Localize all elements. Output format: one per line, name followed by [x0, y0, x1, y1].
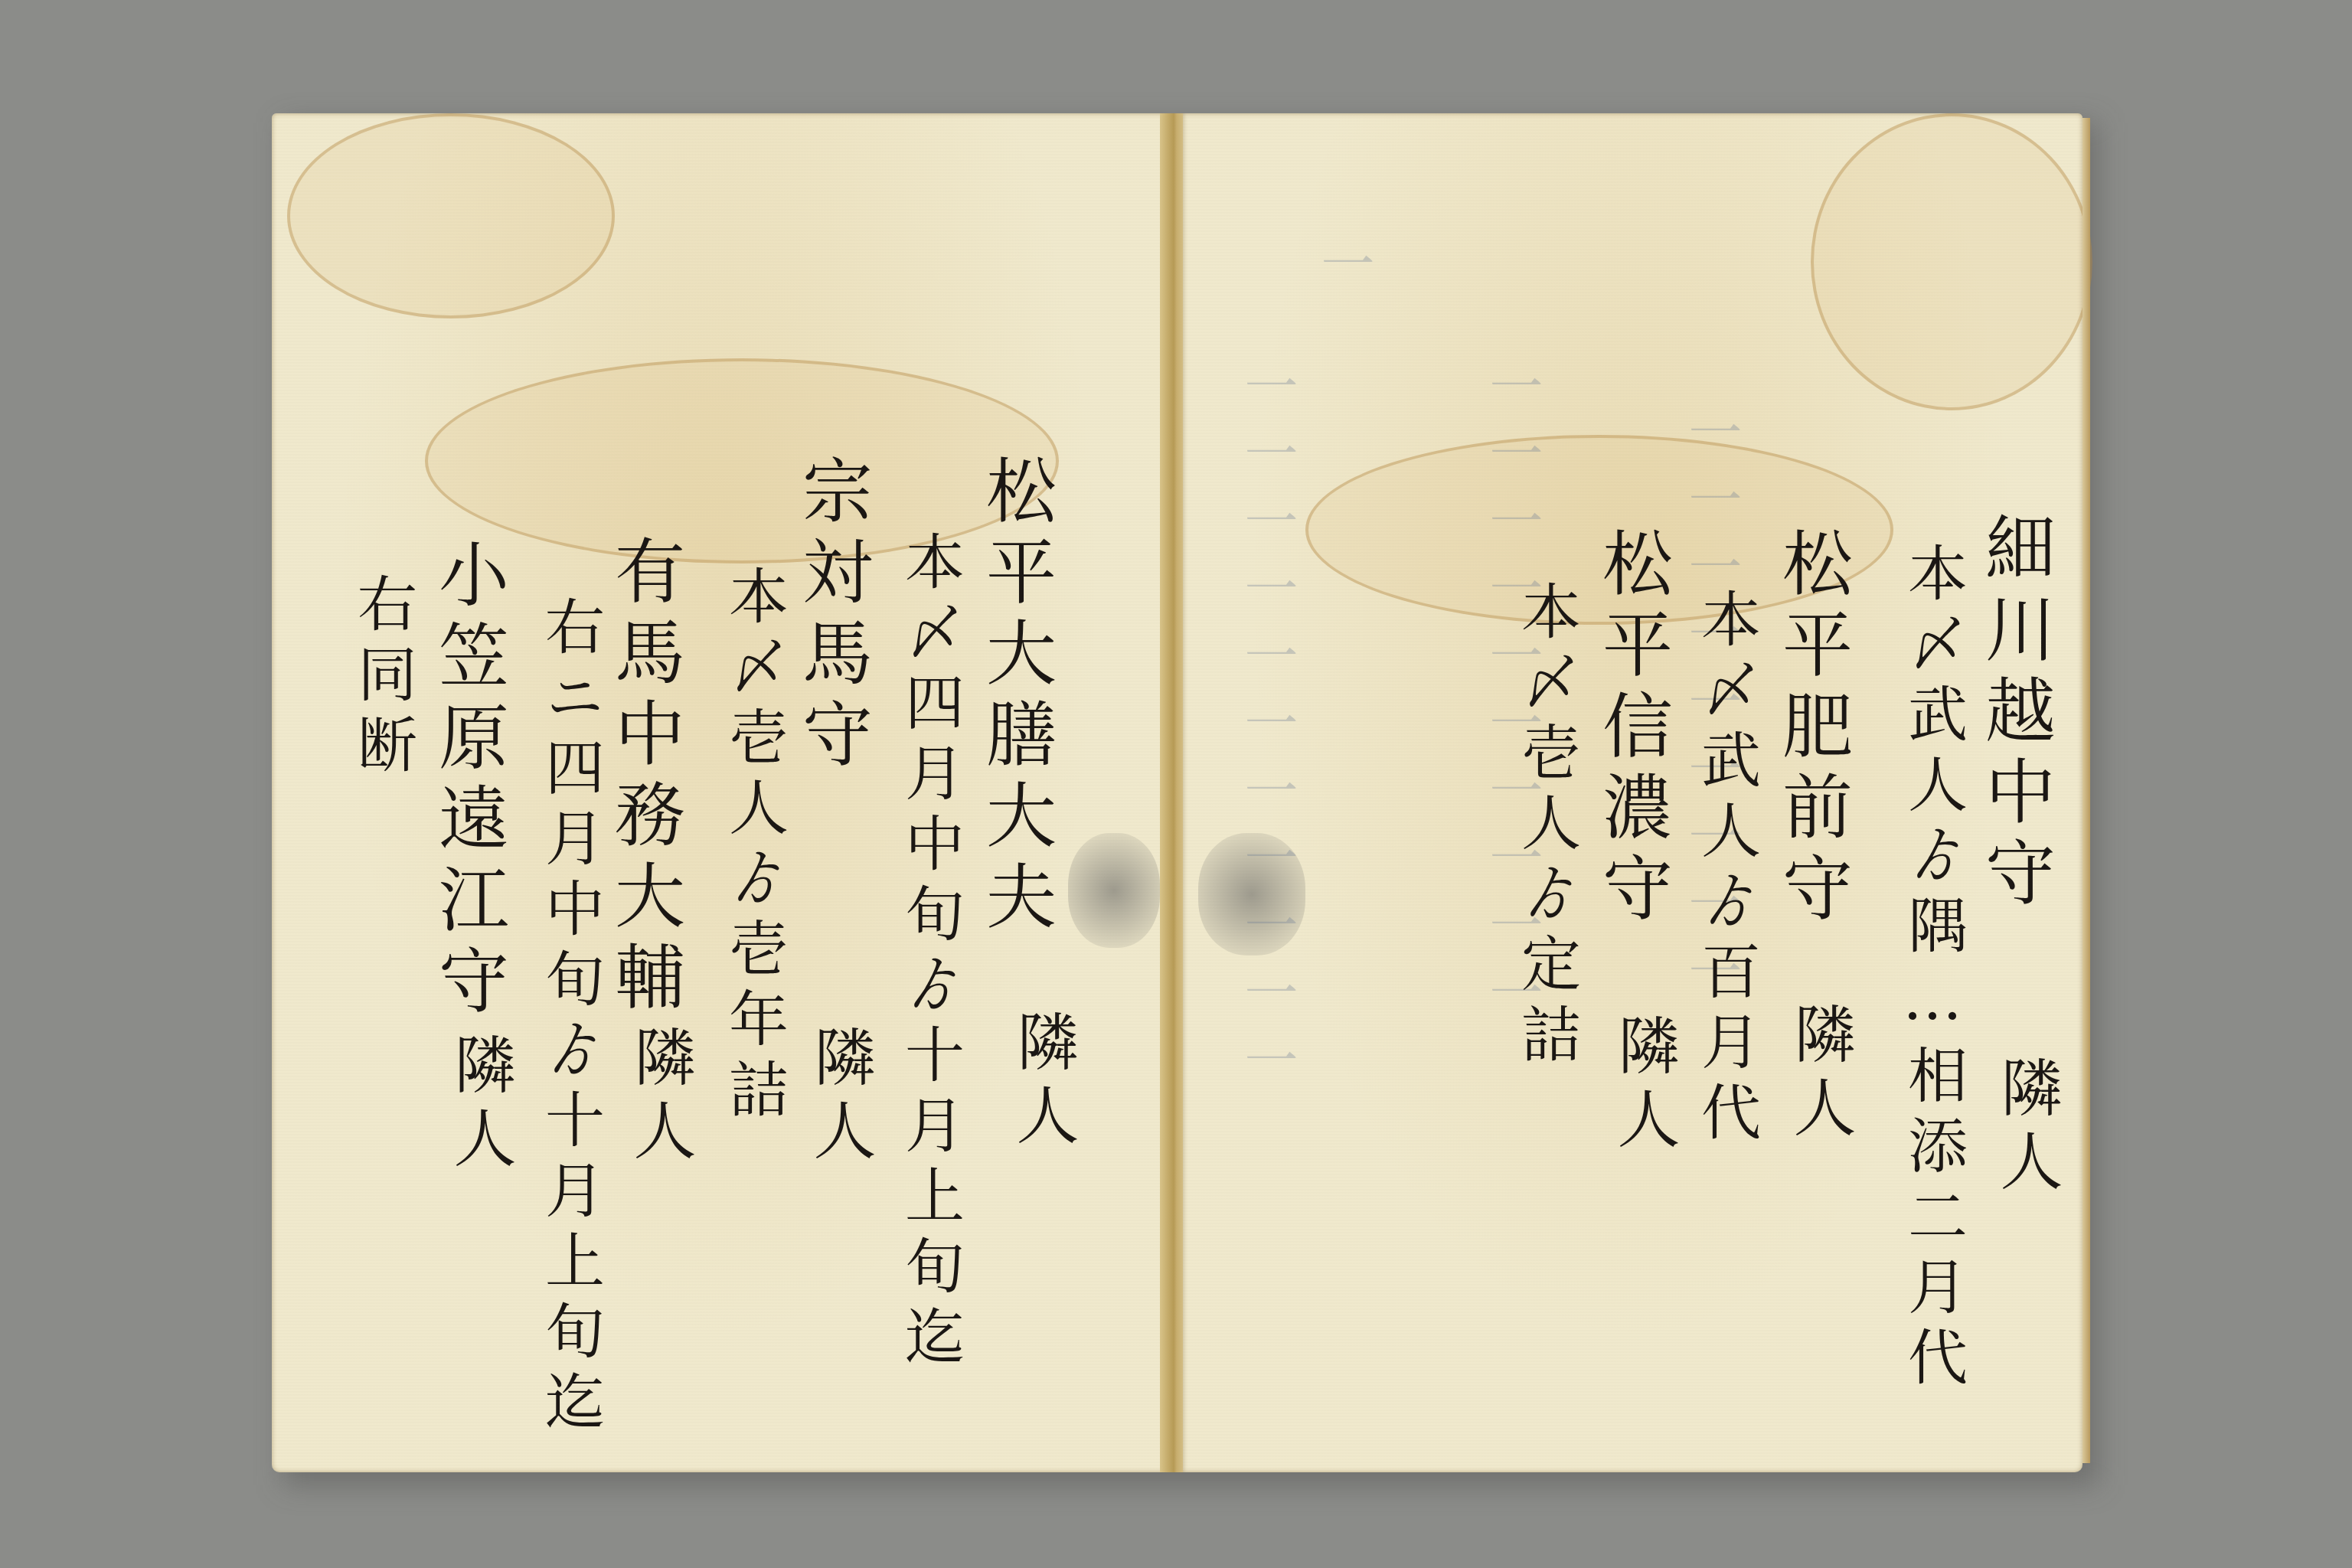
- entry-tag: 隣人: [448, 1032, 511, 1179]
- entry-name: 有馬中務大輔: [609, 534, 679, 1021]
- entry-detail: 右ニ四月中旬ゟ十月上旬迄: [540, 596, 599, 1441]
- entry-tag: 隣人: [1011, 1009, 1073, 1156]
- left-page: 松平大膳大夫 本〆四月中旬ゟ十月上旬迄 隣人 宗対馬守 本〆壱人ゟ壱年詰 隣人 …: [272, 113, 1166, 1472]
- entry-detail: 本〆壱人ゟ定詰: [1516, 580, 1576, 1073]
- entry-name: 宗対馬守: [796, 454, 867, 779]
- entry-tag: 隣人: [1612, 1013, 1674, 1160]
- entry-name: 小笠原遠江守: [433, 538, 503, 1025]
- right-page: 一 一一一一一一一一一一一 一一一一一一一一一一 一一一一一一一一一 細川越中守…: [1183, 113, 2082, 1472]
- open-book: 松平大膳大夫 本〆四月中旬ゟ十月上旬迄 隣人 宗対馬守 本〆壱人ゟ壱年詰 隣人 …: [272, 113, 2082, 1472]
- entry-tag: 隣人: [808, 1024, 871, 1171]
- ghost-bleed-text: 一: [1305, 236, 1383, 303]
- entry-detail: 本〆武人ゟ隅…相添二月代: [1903, 542, 1962, 1396]
- entry-detail: 本〆武人ゟ百月代: [1696, 588, 1756, 1151]
- entry-detail: 本〆四月中旬ゟ十月上旬迄: [900, 531, 959, 1376]
- entry-name: 細川越中守: [1979, 511, 2050, 917]
- entry-name: 松平信濃守: [1596, 527, 1667, 933]
- water-stain: [287, 113, 615, 318]
- entry-tag: 隣人: [1994, 1055, 2057, 1202]
- ink-blot: [1068, 833, 1160, 948]
- water-stain: [1811, 113, 2092, 410]
- entry-name: 松平肥前守: [1776, 527, 1847, 933]
- entry-name: 松平大膳大夫: [980, 454, 1050, 941]
- ghost-bleed-text: 一一一一一一一一一一一: [1229, 358, 1306, 1277]
- entry-detail: 右同断: [352, 573, 412, 784]
- entry-detail: 本〆壱人ゟ壱年詰: [724, 565, 783, 1129]
- entry-tag: 隣人: [1788, 1001, 1851, 1148]
- entry-tag: 隣人: [628, 1024, 691, 1171]
